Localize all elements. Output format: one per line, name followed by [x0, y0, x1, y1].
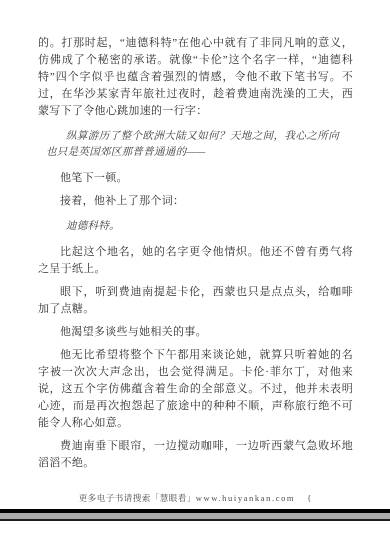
footer-search-label: 更多电子书请搜索「慧眼看」 [79, 493, 196, 503]
footer-watermark: 更多电子书请搜索「慧眼看」www.huiyankan.com{ [0, 492, 390, 504]
paragraph: 比起这个地名，她的名字更令他情炽。他还不曾有勇气将之呈于纸上。 [38, 244, 353, 278]
paragraph: 他无比希望将整个下午都用来谈论她，就算只听着她的名字被一次次大声念出，也会觉得满… [38, 347, 353, 432]
page-bottom-edge-line [0, 519, 390, 521]
paragraph: 费迪南垂下眼帘，一边搅动咖啡，一边听西蒙气急败坏地滔滔不绝。 [38, 438, 353, 472]
paragraph: 他笔下一顿。 [38, 170, 353, 187]
paragraph: 的。打那时起，“迪德科特”在他心中就有了非同凡响的意义，仿佛成了个秘密的承诺。就… [38, 35, 353, 120]
page-text-content: 的。打那时起，“迪德科特”在他心中就有了非同凡响的意义，仿佛成了个秘密的承诺。就… [38, 35, 353, 478]
paragraph: 接着，他补上了那个词： [38, 193, 353, 210]
footer-url: www.huiyankan.com [196, 493, 295, 503]
footer-trailing-mark: { [307, 493, 311, 503]
quote-paragraph: 纵算游历了整个欧洲大陆又如何？天地之间，我心之所向也只是英国郊区那普普通通的—— [46, 129, 339, 161]
paragraph: 眼下，听到费迪南提起卡伦，西蒙也只是点点头，给咖啡加了点糖。 [38, 284, 353, 318]
ebook-page: 的。打那时起，“迪德科特”在他心中就有了非同凡响的意义，仿佛成了个秘密的承诺。就… [0, 0, 390, 546]
quote-paragraph: 迪德科特。 [46, 219, 339, 235]
paragraph: 他渴望多谈些与她相关的事。 [38, 324, 353, 341]
